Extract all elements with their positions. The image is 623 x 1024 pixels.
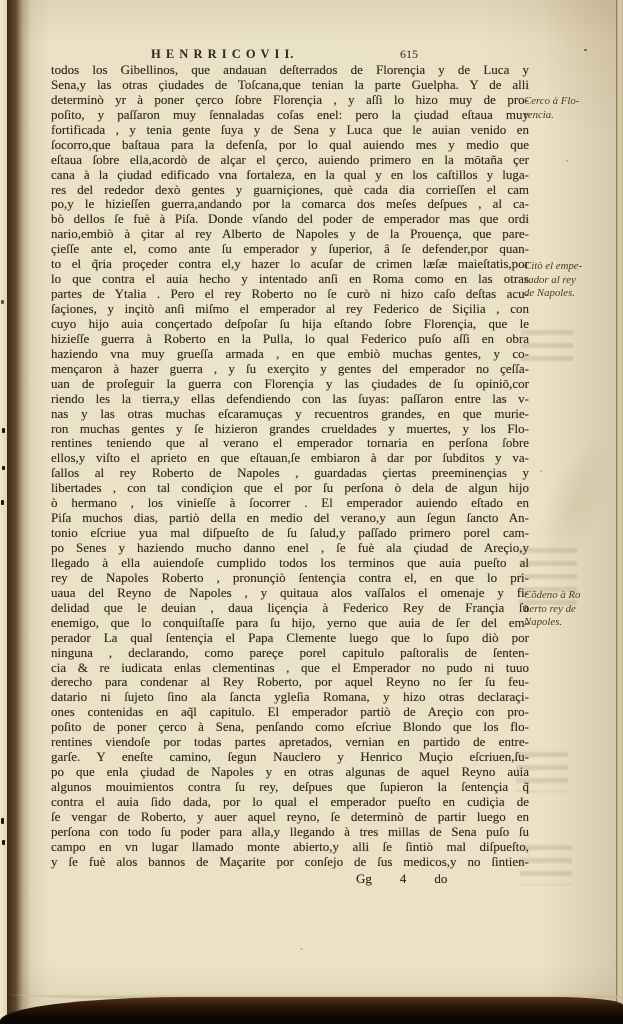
text-line: ron muchas gentes y ſe hizieron grandes … bbox=[51, 422, 529, 437]
text-line: haziendo vna muy grueſſa armada , en que… bbox=[51, 347, 529, 362]
text-line: ellos,y viſto el aprieto en que eſtauan,… bbox=[51, 451, 529, 466]
text-line: rey de Napoles Roberto , pronunçiò ſente… bbox=[51, 571, 529, 586]
text-line: de Napoles. bbox=[524, 287, 602, 301]
text-line: poſito de poner çerco à Sena, penſando c… bbox=[51, 720, 529, 735]
text-line: ſocorro,que baſtaua para la defenſa, por… bbox=[51, 138, 529, 153]
text-line: çieſſe ante el, como ante ſu emperador y… bbox=[51, 242, 529, 257]
text-line: nas y las otras muchas eſcaramuças y rec… bbox=[51, 407, 529, 422]
showthrough-mark bbox=[520, 845, 572, 885]
paper-page: H E N R R I C O V I I. 615 todos los Gib… bbox=[16, 0, 617, 1024]
text-line: rentines teniendo que al verano el emper… bbox=[51, 436, 529, 451]
gathering-number: 4 bbox=[400, 871, 407, 886]
text-line: algunos mouimientos contra ſu rey, deſpu… bbox=[51, 780, 529, 795]
text-line: ſe vengar de Roberto, y auer aquel reyno… bbox=[51, 810, 529, 825]
text-line: rencia. bbox=[524, 109, 602, 123]
text-line: to el q̃ria proçeder contra el,y hazer l… bbox=[51, 257, 529, 272]
catchword: do bbox=[434, 871, 447, 886]
text-line: hizieſſe guerra à Roberto en la Pulla, l… bbox=[51, 332, 529, 347]
text-line: ſaçiones, y inçitò anſi miſmo el emperad… bbox=[51, 302, 529, 317]
text-line: Sena,y las otras çiudades de Toſcana,que… bbox=[51, 78, 529, 93]
signature-line: Gg 4 do bbox=[51, 871, 529, 886]
left-fore-edge bbox=[0, 0, 7, 1024]
fore-edge-ink-mark bbox=[1, 500, 4, 505]
text-line: Napoles. bbox=[524, 616, 602, 630]
fore-edge-ink-mark bbox=[1, 818, 4, 824]
text-line: enemigo, que lo conquiſtaſſe para ſu hij… bbox=[51, 616, 529, 631]
text-line: bò dellos ſe fuè à Piſa. Donde vſando de… bbox=[51, 212, 529, 227]
text-line: ones contenidas en aq̃l capitulo. El emp… bbox=[51, 705, 529, 720]
margin-note-cito-emperador: Citò el empe-rador al reyde Napoles. bbox=[524, 260, 602, 301]
text-line: todos los Gibellinos, que andauan deſter… bbox=[51, 63, 529, 78]
text-line: Piſa muchos dias, partiò della en medio … bbox=[51, 511, 529, 526]
text-line: cana à la çiudad edificado vna fortaleza… bbox=[51, 168, 529, 183]
showthrough-mark bbox=[519, 548, 577, 608]
text-line: y ſe fuè alos bannos de Maçarite por con… bbox=[51, 855, 529, 870]
gutter-shadow bbox=[7, 0, 31, 1024]
text-line: Cerco à Flo- bbox=[524, 95, 602, 109]
foxing-speck bbox=[300, 948, 303, 950]
margin-note-cerco-florencia: Cerco à Flo-rencia. bbox=[524, 95, 602, 122]
fore-edge-ink-mark bbox=[1, 300, 4, 304]
text-line: perſona con todo ſu poder para alla,y ll… bbox=[51, 825, 529, 840]
text-line: res del rededor dexò gentes y guarniçion… bbox=[51, 183, 529, 198]
text-line: cia & re iudicata enlas clementinas , qu… bbox=[51, 661, 529, 676]
text-line: ò hermano , los vinieſſe à ſocorrer . El… bbox=[51, 496, 529, 511]
text-line: po que enla çiudad de Napoles y en otras… bbox=[51, 765, 529, 780]
text-line: po,y le hizieſſen guerra,andando por la … bbox=[51, 197, 529, 212]
text-line: poſito, y paſſaron muy ſennaladas coſas … bbox=[51, 108, 529, 123]
text-line: uaua del Reyno de Napoles , y quitaua al… bbox=[51, 586, 529, 601]
showthrough-mark bbox=[516, 752, 568, 792]
foxing-speck bbox=[540, 470, 542, 472]
fore-edge-ink-mark bbox=[2, 428, 5, 433]
text-line: datario ni ſujeto ſino ala ſancta ygleſi… bbox=[51, 690, 529, 705]
text-line: ninguna , declarando, como pareçe porel … bbox=[51, 646, 529, 661]
text-line: lo que contra el auia hecho y intentado … bbox=[51, 272, 529, 287]
text-line: partes de Ytalia . Pero el rey Roberto n… bbox=[51, 287, 529, 302]
text-line: tonio eſcriue yua mal diſpueſto de ſu ſa… bbox=[51, 526, 529, 541]
right-page-edge bbox=[616, 0, 623, 1024]
fore-edge-ink-mark bbox=[2, 466, 5, 470]
foxing-speck bbox=[584, 49, 587, 51]
book-page-scan: H E N R R I C O V I I. 615 todos los Gib… bbox=[0, 0, 623, 1024]
text-line: uan de proſeguir la guerra con Florençia… bbox=[51, 377, 529, 392]
fore-edge-ink-mark bbox=[2, 840, 5, 845]
text-line: perador La qual ſentençia el Papa Clemen… bbox=[51, 631, 529, 646]
text-line: eſtaua ſobre ella,acordò de alçar el çer… bbox=[51, 153, 529, 168]
text-line: derecho para condenar al Rey Roberto, po… bbox=[51, 675, 529, 690]
foxing-speck bbox=[566, 160, 568, 162]
text-line: contra el auia ſido dada, por lo qual el… bbox=[51, 795, 529, 810]
text-line: rador al rey bbox=[524, 274, 602, 288]
text-line: garſe. Y eneſte camino, ſegun Nauclero y… bbox=[51, 750, 529, 765]
text-line: rentines viendoſe por todas partes apret… bbox=[51, 735, 529, 750]
text-line: fortificada , y tenia gente ſuya y de Se… bbox=[51, 123, 529, 138]
text-line: llegado à ella auiendoſe cumplido todos … bbox=[51, 556, 529, 571]
text-line: Citò el empe- bbox=[524, 260, 602, 274]
text-line: riendo les la tierra,y ellas defendiendo… bbox=[51, 392, 529, 407]
text-line: determinò yr à poner çerco ſobre Florenç… bbox=[51, 93, 529, 108]
showthrough-mark bbox=[521, 330, 573, 368]
body-text-block: todos los Gibellinos, que andauan deſter… bbox=[51, 63, 529, 870]
running-header-title: H E N R R I C O V I I. bbox=[151, 47, 294, 62]
gathering-signature: Gg bbox=[356, 871, 372, 886]
book-binding-bottom bbox=[0, 997, 623, 1024]
text-line: po Senes y haziendo mucho danno enel , ſ… bbox=[51, 541, 529, 556]
text-line: ſallos al rey Roberto de Napoles , guard… bbox=[51, 466, 529, 481]
text-line: mençaron à hazer guerra , y ſu exerçito … bbox=[51, 362, 529, 377]
text-line: campo en vn lugar llamado monte abierto,… bbox=[51, 840, 529, 855]
text-line: libertades , con tal condiçion que el po… bbox=[51, 481, 529, 496]
text-line: delidad que le deuian , daua liçençia à … bbox=[51, 601, 529, 616]
page-number: 615 bbox=[400, 47, 418, 62]
text-line: nario,embiò à çitar al rey Alberto de Na… bbox=[51, 227, 529, 242]
text-line: cuyo hijo auia conçertado deſpoſar ſu hi… bbox=[51, 317, 529, 332]
